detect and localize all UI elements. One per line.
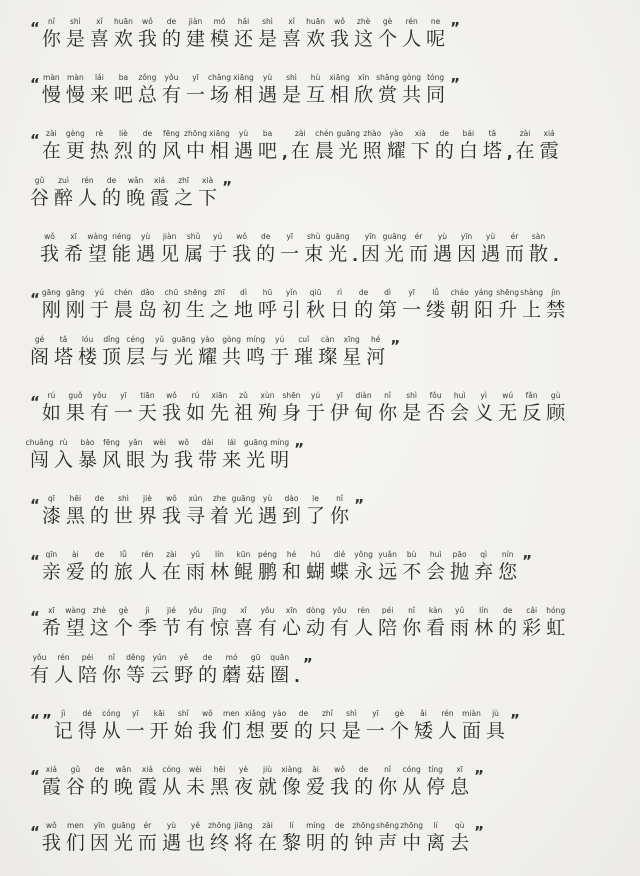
syllable: ǎi矮 bbox=[414, 708, 433, 743]
syllable: hēi黑 bbox=[210, 764, 229, 799]
hanzi-character: 彩 bbox=[522, 617, 541, 640]
hanzi-character: 希 bbox=[42, 617, 61, 640]
syllable: chuǎng闯 bbox=[30, 437, 49, 472]
syllable: qīn亲 bbox=[42, 549, 61, 584]
hanzi-character: 相 bbox=[234, 84, 253, 107]
syllable: xiá霞 bbox=[150, 175, 169, 210]
pinyin-annotation: zhe bbox=[213, 494, 226, 504]
quote: “wǒ我men们yīn因guāng光ér而yù遇yě也zhōng终jiāng将z… bbox=[30, 820, 616, 855]
hanzi-character: 是 bbox=[258, 28, 277, 51]
pinyin-annotation: kàn bbox=[429, 606, 443, 616]
syllable: ér而 bbox=[505, 231, 524, 266]
pinyin-annotation: ba bbox=[119, 73, 128, 83]
syllable: zhǐ只 bbox=[318, 708, 337, 743]
pinyin-annotation: xǐ bbox=[96, 17, 103, 27]
hanzi-character: 具 bbox=[486, 720, 505, 743]
pinyin-annotation: yù bbox=[239, 129, 248, 139]
pinyin-annotation: hū bbox=[263, 288, 273, 298]
pinyin-annotation: wǒ bbox=[334, 765, 345, 775]
quote-line: “xī希wàng望zhè这gè个jì季jié节yǒu有jīng惊xǐ喜yǒu有x… bbox=[30, 605, 616, 640]
quotation-mark: ” bbox=[474, 764, 483, 784]
pinyin-annotation: lóu bbox=[82, 335, 93, 345]
syllable: gè个 bbox=[114, 605, 133, 640]
hanzi-character: 光 bbox=[114, 832, 133, 855]
hanzi-character: 你 bbox=[330, 505, 349, 528]
pinyin-annotation: hái bbox=[238, 17, 249, 27]
hanzi-character: 你 bbox=[378, 776, 397, 799]
pinyin-annotation: nǐ bbox=[384, 391, 391, 401]
syllable: ér而 bbox=[138, 820, 157, 855]
syllable: qiū秋 bbox=[306, 287, 325, 322]
syllable: kàn看 bbox=[426, 605, 445, 640]
pinyin-annotation: yú bbox=[95, 288, 104, 298]
syllable: zǒng总 bbox=[138, 72, 157, 107]
punctuation-glyph: “ bbox=[30, 497, 39, 513]
hanzi-character: 菇 bbox=[246, 664, 265, 687]
pinyin-annotation: gòng bbox=[222, 335, 241, 345]
hanzi-character: 等 bbox=[126, 664, 145, 687]
pinyin-annotation: xiāng bbox=[329, 73, 350, 83]
pinyin-annotation: zài bbox=[520, 129, 531, 139]
pinyin-annotation: cóng bbox=[402, 765, 420, 775]
punctuation: . bbox=[553, 234, 559, 266]
pinyin-annotation: shì bbox=[70, 17, 81, 27]
syllable: rén人 bbox=[78, 175, 97, 210]
syllable: xǐ喜 bbox=[282, 16, 301, 51]
pinyin-annotation: yǒu bbox=[33, 653, 47, 663]
pinyin-annotation: yún bbox=[153, 653, 167, 663]
punctuation-glyph: ” bbox=[354, 497, 363, 513]
hanzi-character: 一 bbox=[402, 299, 421, 322]
syllable: jiàn建 bbox=[186, 16, 205, 51]
syllable: lí黎 bbox=[282, 820, 301, 855]
syllable: yún云 bbox=[150, 652, 169, 687]
syllable: jì季 bbox=[138, 605, 157, 640]
hanzi-character: 我 bbox=[174, 449, 193, 472]
hanzi-character: 声 bbox=[378, 832, 397, 855]
hanzi-character: 我 bbox=[232, 243, 251, 266]
syllable: míng明 bbox=[270, 437, 289, 472]
hanzi-character: 束 bbox=[304, 243, 323, 266]
pinyin-annotation: xià bbox=[415, 129, 426, 139]
syllable: xī息 bbox=[450, 764, 469, 799]
hanzi-character: 而 bbox=[138, 832, 157, 855]
syllable: ér而 bbox=[409, 231, 428, 266]
hanzi-character: 于 bbox=[270, 346, 289, 369]
hanzi-character: 动 bbox=[306, 617, 325, 640]
pinyin-annotation: qiū bbox=[310, 288, 322, 298]
pinyin-annotation: yù bbox=[486, 232, 495, 242]
hanzi-character: 先 bbox=[210, 402, 229, 425]
pinyin-annotation: dì bbox=[240, 288, 247, 298]
syllable: gòng共 bbox=[402, 72, 421, 107]
hanzi-character: 望 bbox=[88, 243, 107, 266]
pinyin-annotation: de bbox=[440, 129, 449, 139]
pinyin-annotation: dào bbox=[285, 494, 299, 504]
punctuation-glyph: “ bbox=[30, 76, 39, 92]
syllable: wǒ我 bbox=[42, 820, 61, 855]
pinyin-annotation: de bbox=[143, 129, 152, 139]
hanzi-character: 蘑 bbox=[222, 664, 241, 687]
pinyin-annotation: yī bbox=[192, 73, 199, 83]
syllable: yǎn眼 bbox=[126, 437, 145, 472]
pinyin-annotation: de bbox=[359, 765, 368, 775]
punctuation-glyph: , bbox=[282, 143, 288, 163]
punctuation-glyph: “ bbox=[30, 768, 39, 784]
syllable: huì会 bbox=[426, 549, 445, 584]
hanzi-character: 节 bbox=[162, 617, 181, 640]
hanzi-character: 在 bbox=[42, 140, 61, 163]
syllable: dào到 bbox=[282, 493, 301, 528]
punctuation-glyph: “ bbox=[30, 291, 39, 307]
quote: “rú如guǒ果yǒu有yī一tiān天wǒ我rú如xiān先zǔ祖xùn殉sh… bbox=[30, 390, 616, 472]
pinyin-annotation: guāng bbox=[172, 335, 196, 345]
quotation-mark: ” bbox=[303, 652, 312, 672]
syllable: yǒu有 bbox=[186, 605, 205, 640]
syllable: zhōng钟 bbox=[354, 820, 373, 855]
hanzi-character: 着 bbox=[210, 505, 229, 528]
hanzi-character: 光 bbox=[328, 243, 347, 266]
syllable: tíng停 bbox=[426, 764, 445, 799]
syllable: hóng虹 bbox=[546, 605, 565, 640]
syllable: jié节 bbox=[162, 605, 181, 640]
pinyin-annotation: zài bbox=[46, 129, 57, 139]
syllable: shǎng赏 bbox=[378, 72, 397, 107]
hanzi-character: 刚 bbox=[66, 299, 85, 322]
pinyin-annotation: xī bbox=[70, 232, 77, 242]
syllable: cuǐ璀 bbox=[294, 334, 313, 369]
hanzi-character: 晚 bbox=[126, 187, 145, 210]
hanzi-character: 呼 bbox=[258, 299, 277, 322]
pinyin-annotation: zhōng bbox=[208, 821, 231, 831]
hanzi-character: 野 bbox=[174, 664, 193, 687]
hanzi-character: 来 bbox=[90, 84, 109, 107]
hanzi-character: 如 bbox=[186, 402, 205, 425]
syllable: xǐ喜 bbox=[90, 16, 109, 51]
hanzi-character: 遇 bbox=[234, 140, 253, 163]
syllable: xià下 bbox=[411, 128, 430, 163]
hanzi-character: 于 bbox=[90, 299, 109, 322]
syllable: yǐn引 bbox=[282, 287, 301, 322]
syllable: gǔ谷 bbox=[66, 764, 85, 799]
hanzi-character: 呢 bbox=[426, 28, 445, 51]
syllable: yù遇 bbox=[433, 231, 452, 266]
syllable: jiè界 bbox=[138, 493, 157, 528]
pinyin-annotation: gè bbox=[383, 17, 392, 27]
hanzi-character: 是 bbox=[282, 84, 301, 107]
punctuation-glyph: ” bbox=[522, 553, 531, 569]
pinyin-annotation: yī bbox=[372, 709, 379, 719]
pinyin-annotation: wǒ bbox=[142, 17, 153, 27]
hanzi-character: 有 bbox=[162, 84, 181, 107]
pinyin-annotation: jiàn bbox=[189, 17, 203, 27]
syllable: rén人 bbox=[438, 708, 457, 743]
pinyin-annotation: shì bbox=[118, 494, 129, 504]
syllable: lái来 bbox=[222, 437, 241, 472]
pinyin-annotation: zhōng bbox=[352, 821, 375, 831]
quotation-mark: “ bbox=[30, 764, 39, 784]
quote-line: gé阁tǎ塔lóu楼dǐng顶céng层yǔ与guāng光yào耀gòng共mí… bbox=[30, 334, 616, 369]
pinyin-annotation: jù bbox=[492, 709, 499, 719]
hanzi-character: 模 bbox=[210, 28, 229, 51]
pinyin-annotation: hēi bbox=[70, 494, 81, 504]
syllable: yú于 bbox=[306, 390, 325, 425]
pinyin-annotation: jì bbox=[61, 709, 65, 719]
pinyin-annotation: yī bbox=[408, 288, 415, 298]
pinyin-annotation: yīn bbox=[461, 232, 472, 242]
quote-line: “nǐ你shì是xǐ喜huān欢wǒ我de的jiàn建mó模hái还shì是xǐ… bbox=[30, 16, 616, 51]
pinyin-annotation: míng bbox=[270, 438, 289, 448]
hanzi-character: 还 bbox=[234, 28, 253, 51]
punctuation-glyph: ” bbox=[390, 338, 399, 354]
pinyin-annotation: lǚ bbox=[120, 550, 127, 560]
syllable: yě野 bbox=[174, 652, 193, 687]
syllable: kāi开 bbox=[150, 708, 169, 743]
hanzi-character: 黑 bbox=[210, 776, 229, 799]
syllable: tiān天 bbox=[138, 390, 157, 425]
hanzi-character: 为 bbox=[150, 449, 169, 472]
hanzi-character: 的 bbox=[435, 140, 454, 163]
pinyin-annotation: yù bbox=[438, 232, 447, 242]
hanzi-character: 遇 bbox=[258, 505, 277, 528]
hanzi-character: 慢 bbox=[66, 84, 85, 107]
hanzi-character: 欣 bbox=[354, 84, 373, 107]
pinyin-annotation: xiān bbox=[212, 391, 228, 401]
syllable: tǎ塔 bbox=[483, 128, 502, 163]
syllable: tǎ塔 bbox=[54, 334, 73, 369]
pinyin-annotation: wǒ bbox=[166, 494, 177, 504]
hanzi-character: 于 bbox=[208, 243, 227, 266]
hanzi-character: 这 bbox=[354, 28, 373, 51]
pinyin-annotation: zài bbox=[262, 821, 273, 831]
hanzi-character: 顶 bbox=[102, 346, 121, 369]
hanzi-character: 漆 bbox=[42, 505, 61, 528]
pinyin-annotation: bái bbox=[463, 129, 474, 139]
pinyin-annotation: nǐ bbox=[336, 494, 343, 504]
punctuation-glyph: ” bbox=[510, 712, 519, 728]
syllable: xīn欣 bbox=[354, 72, 373, 107]
syllable: dì第 bbox=[378, 287, 397, 322]
hanzi-character: 一 bbox=[186, 84, 205, 107]
syllable: yuǎn远 bbox=[378, 549, 397, 584]
punctuation-glyph: “ bbox=[30, 553, 39, 569]
syllable: guāng光 bbox=[174, 334, 193, 369]
pinyin-annotation: rén bbox=[441, 709, 453, 719]
syllable: rén人 bbox=[402, 16, 421, 51]
syllable: wèi未 bbox=[186, 764, 205, 799]
punctuation-glyph: “ bbox=[30, 712, 39, 728]
hanzi-character: 之 bbox=[210, 299, 229, 322]
pinyin-annotation: de bbox=[299, 709, 308, 719]
pinyin-annotation: wǒ bbox=[178, 438, 189, 448]
pinyin-annotation: rén bbox=[57, 653, 69, 663]
pinyin-annotation: xiāng bbox=[209, 129, 230, 139]
pinyin-annotation: míng bbox=[306, 821, 325, 831]
pinyin-annotation: rè bbox=[96, 129, 104, 139]
syllable: yǒu有 bbox=[162, 72, 181, 107]
syllable: gū菇 bbox=[246, 652, 265, 687]
hanzi-character: 开 bbox=[150, 720, 169, 743]
hanzi-character: 了 bbox=[306, 505, 325, 528]
hanzi-character: 下 bbox=[198, 187, 217, 210]
hanzi-character: 秋 bbox=[306, 299, 325, 322]
syllable: xiá霞 bbox=[138, 764, 157, 799]
hanzi-character: 人 bbox=[54, 664, 73, 687]
pinyin-annotation: shì bbox=[406, 391, 417, 401]
hanzi-character: 阁 bbox=[30, 346, 49, 369]
hanzi-character: 林 bbox=[210, 561, 229, 584]
hanzi-character: 耀 bbox=[387, 140, 406, 163]
pinyin-annotation: yì bbox=[480, 391, 487, 401]
syllable: gù顾 bbox=[546, 390, 565, 425]
hanzi-character: 圈 bbox=[270, 664, 289, 687]
pinyin-annotation: ér bbox=[511, 232, 519, 242]
pinyin-annotation: de bbox=[107, 176, 116, 186]
syllable: fǒu否 bbox=[426, 390, 445, 425]
hanzi-character: 光 bbox=[234, 505, 253, 528]
pinyin-annotation: yú bbox=[275, 335, 284, 345]
quote-line: “qī漆hēi黑de的shì世jiè界wǒ我xún寻zhe着guāng光yù遇d… bbox=[30, 493, 616, 528]
hanzi-character: 因 bbox=[90, 832, 109, 855]
hanzi-character: 与 bbox=[150, 346, 169, 369]
punctuation-glyph: “ bbox=[30, 394, 39, 410]
pinyin-annotation: xiá bbox=[544, 129, 555, 139]
syllable: yè夜 bbox=[234, 764, 253, 799]
hanzi-character: 个 bbox=[390, 720, 409, 743]
hanzi-character: 同 bbox=[426, 84, 445, 107]
quotes-page: “nǐ你shì是xǐ喜huān欢wǒ我de的jiàn建mó模hái还shì是xǐ… bbox=[0, 0, 640, 855]
quote-line: “qīn亲ài爱de的lǚ旅rén人zài在yǔ雨lín林kūn鲲péng鹏hé… bbox=[30, 549, 616, 584]
syllable: jiāng将 bbox=[234, 820, 253, 855]
syllable: dé得 bbox=[78, 708, 97, 743]
pinyin-annotation: céng bbox=[126, 335, 144, 345]
quotation-mark: “ bbox=[30, 708, 39, 728]
pinyin-annotation: huì bbox=[454, 391, 466, 401]
hanzi-character: 我 bbox=[162, 402, 181, 425]
pinyin-annotation: wǎn bbox=[116, 765, 131, 775]
pinyin-annotation: hé bbox=[371, 335, 380, 345]
punctuation-glyph: “ bbox=[30, 609, 39, 625]
pinyin-annotation: huān bbox=[306, 17, 325, 27]
hanzi-character: 的 bbox=[90, 561, 109, 584]
syllable: ba吧 bbox=[258, 128, 277, 163]
syllable: de的 bbox=[256, 231, 275, 266]
quotation-mark: ” bbox=[450, 16, 459, 36]
hanzi-character: 一 bbox=[114, 402, 133, 425]
hanzi-character: 的 bbox=[498, 617, 517, 640]
syllable: yǒu有 bbox=[30, 652, 49, 687]
syllable: cháo朝 bbox=[450, 287, 469, 322]
syllable: shàng上 bbox=[522, 287, 541, 322]
syllable: zǔ祖 bbox=[234, 390, 253, 425]
hanzi-character: 禁 bbox=[546, 299, 565, 322]
hanzi-character: 是 bbox=[342, 720, 361, 743]
pinyin-annotation: yào bbox=[273, 709, 287, 719]
hanzi-character: 和 bbox=[282, 561, 301, 584]
hanzi-character: 我 bbox=[162, 505, 181, 528]
syllable: péng鹏 bbox=[258, 549, 277, 584]
syllable: shì世 bbox=[114, 493, 133, 528]
pinyin-annotation: lái bbox=[227, 438, 236, 448]
hanzi-character: 夜 bbox=[234, 776, 253, 799]
syllable: miàn面 bbox=[462, 708, 481, 743]
syllable: cóng从 bbox=[402, 764, 421, 799]
syllable: nǐ你 bbox=[402, 605, 421, 640]
pinyin-annotation: shēng bbox=[184, 288, 207, 298]
hanzi-character: 我 bbox=[138, 28, 157, 51]
hanzi-character: 刚 bbox=[42, 299, 61, 322]
hanzi-character: 风 bbox=[162, 140, 181, 163]
pinyin-annotation: dé bbox=[83, 709, 92, 719]
pinyin-annotation: xīn bbox=[358, 73, 369, 83]
pinyin-annotation: xī bbox=[456, 765, 463, 775]
syllable: de的 bbox=[162, 16, 181, 51]
hanzi-character: 人 bbox=[438, 720, 457, 743]
hanzi-character: 心 bbox=[282, 617, 301, 640]
pinyin-annotation: hóng bbox=[546, 606, 565, 616]
pinyin-annotation: gèng bbox=[66, 129, 85, 139]
syllable: wǎn晚 bbox=[126, 175, 145, 210]
syllable: yī一 bbox=[280, 231, 299, 266]
hanzi-character: 遇 bbox=[481, 243, 500, 266]
pinyin-annotation: wǒ bbox=[236, 232, 247, 242]
pinyin-annotation: cóng bbox=[102, 709, 120, 719]
hanzi-character: 遇 bbox=[162, 832, 181, 855]
hanzi-character: 晨 bbox=[114, 299, 133, 322]
syllable: qì弃 bbox=[474, 549, 493, 584]
pinyin-annotation: zhī bbox=[178, 176, 189, 186]
hanzi-character: 一 bbox=[366, 720, 385, 743]
syllable: děng等 bbox=[126, 652, 145, 687]
pinyin-annotation: cuǐ bbox=[298, 335, 309, 345]
syllable: dié蝶 bbox=[330, 549, 349, 584]
hanzi-character: 的 bbox=[330, 832, 349, 855]
pinyin-annotation: de bbox=[95, 765, 104, 775]
pinyin-annotation: xīng bbox=[344, 335, 360, 345]
pinyin-annotation: gè bbox=[395, 709, 404, 719]
syllable: wǒ我 bbox=[330, 16, 349, 51]
syllable: yī一 bbox=[366, 708, 385, 743]
hanzi-character: 从 bbox=[402, 776, 421, 799]
pinyin-annotation: chén bbox=[114, 288, 132, 298]
quote: “xī希wàng望zhè这gè个jì季jié节yǒu有jīng惊xǐ喜yǒu有x… bbox=[30, 605, 616, 687]
hanzi-character: 的 bbox=[162, 28, 181, 51]
syllable: xiá霞 bbox=[42, 764, 61, 799]
pinyin-annotation: tiān bbox=[140, 391, 154, 401]
pinyin-annotation: tǎ bbox=[489, 129, 497, 139]
hanzi-character: 云 bbox=[150, 664, 169, 687]
quotation-mark: “ bbox=[30, 390, 39, 410]
hanzi-character: 寻 bbox=[186, 505, 205, 528]
quote: “zài在gèng更rè热liè烈de的fēng风zhōng中xiāng相yù遇… bbox=[30, 128, 616, 210]
hanzi-character: 要 bbox=[270, 720, 289, 743]
hanzi-character: 记 bbox=[54, 720, 73, 743]
syllable: gè个 bbox=[378, 16, 397, 51]
hanzi-character: 人 bbox=[402, 28, 421, 51]
hanzi-character: 吧 bbox=[258, 140, 277, 163]
syllable: yǔ雨 bbox=[450, 605, 469, 640]
syllable: lín林 bbox=[474, 605, 493, 640]
hanzi-character: 的 bbox=[256, 243, 275, 266]
pinyin-annotation: yù bbox=[263, 494, 272, 504]
syllable: gèng更 bbox=[66, 128, 85, 163]
pinyin-annotation: yào bbox=[389, 129, 403, 139]
hanzi-character: 共 bbox=[402, 84, 421, 107]
pinyin-annotation: jiù bbox=[263, 765, 272, 775]
pinyin-annotation: lí bbox=[289, 821, 293, 831]
hanzi-character: 顾 bbox=[546, 402, 565, 425]
hanzi-character: 喜 bbox=[234, 617, 253, 640]
